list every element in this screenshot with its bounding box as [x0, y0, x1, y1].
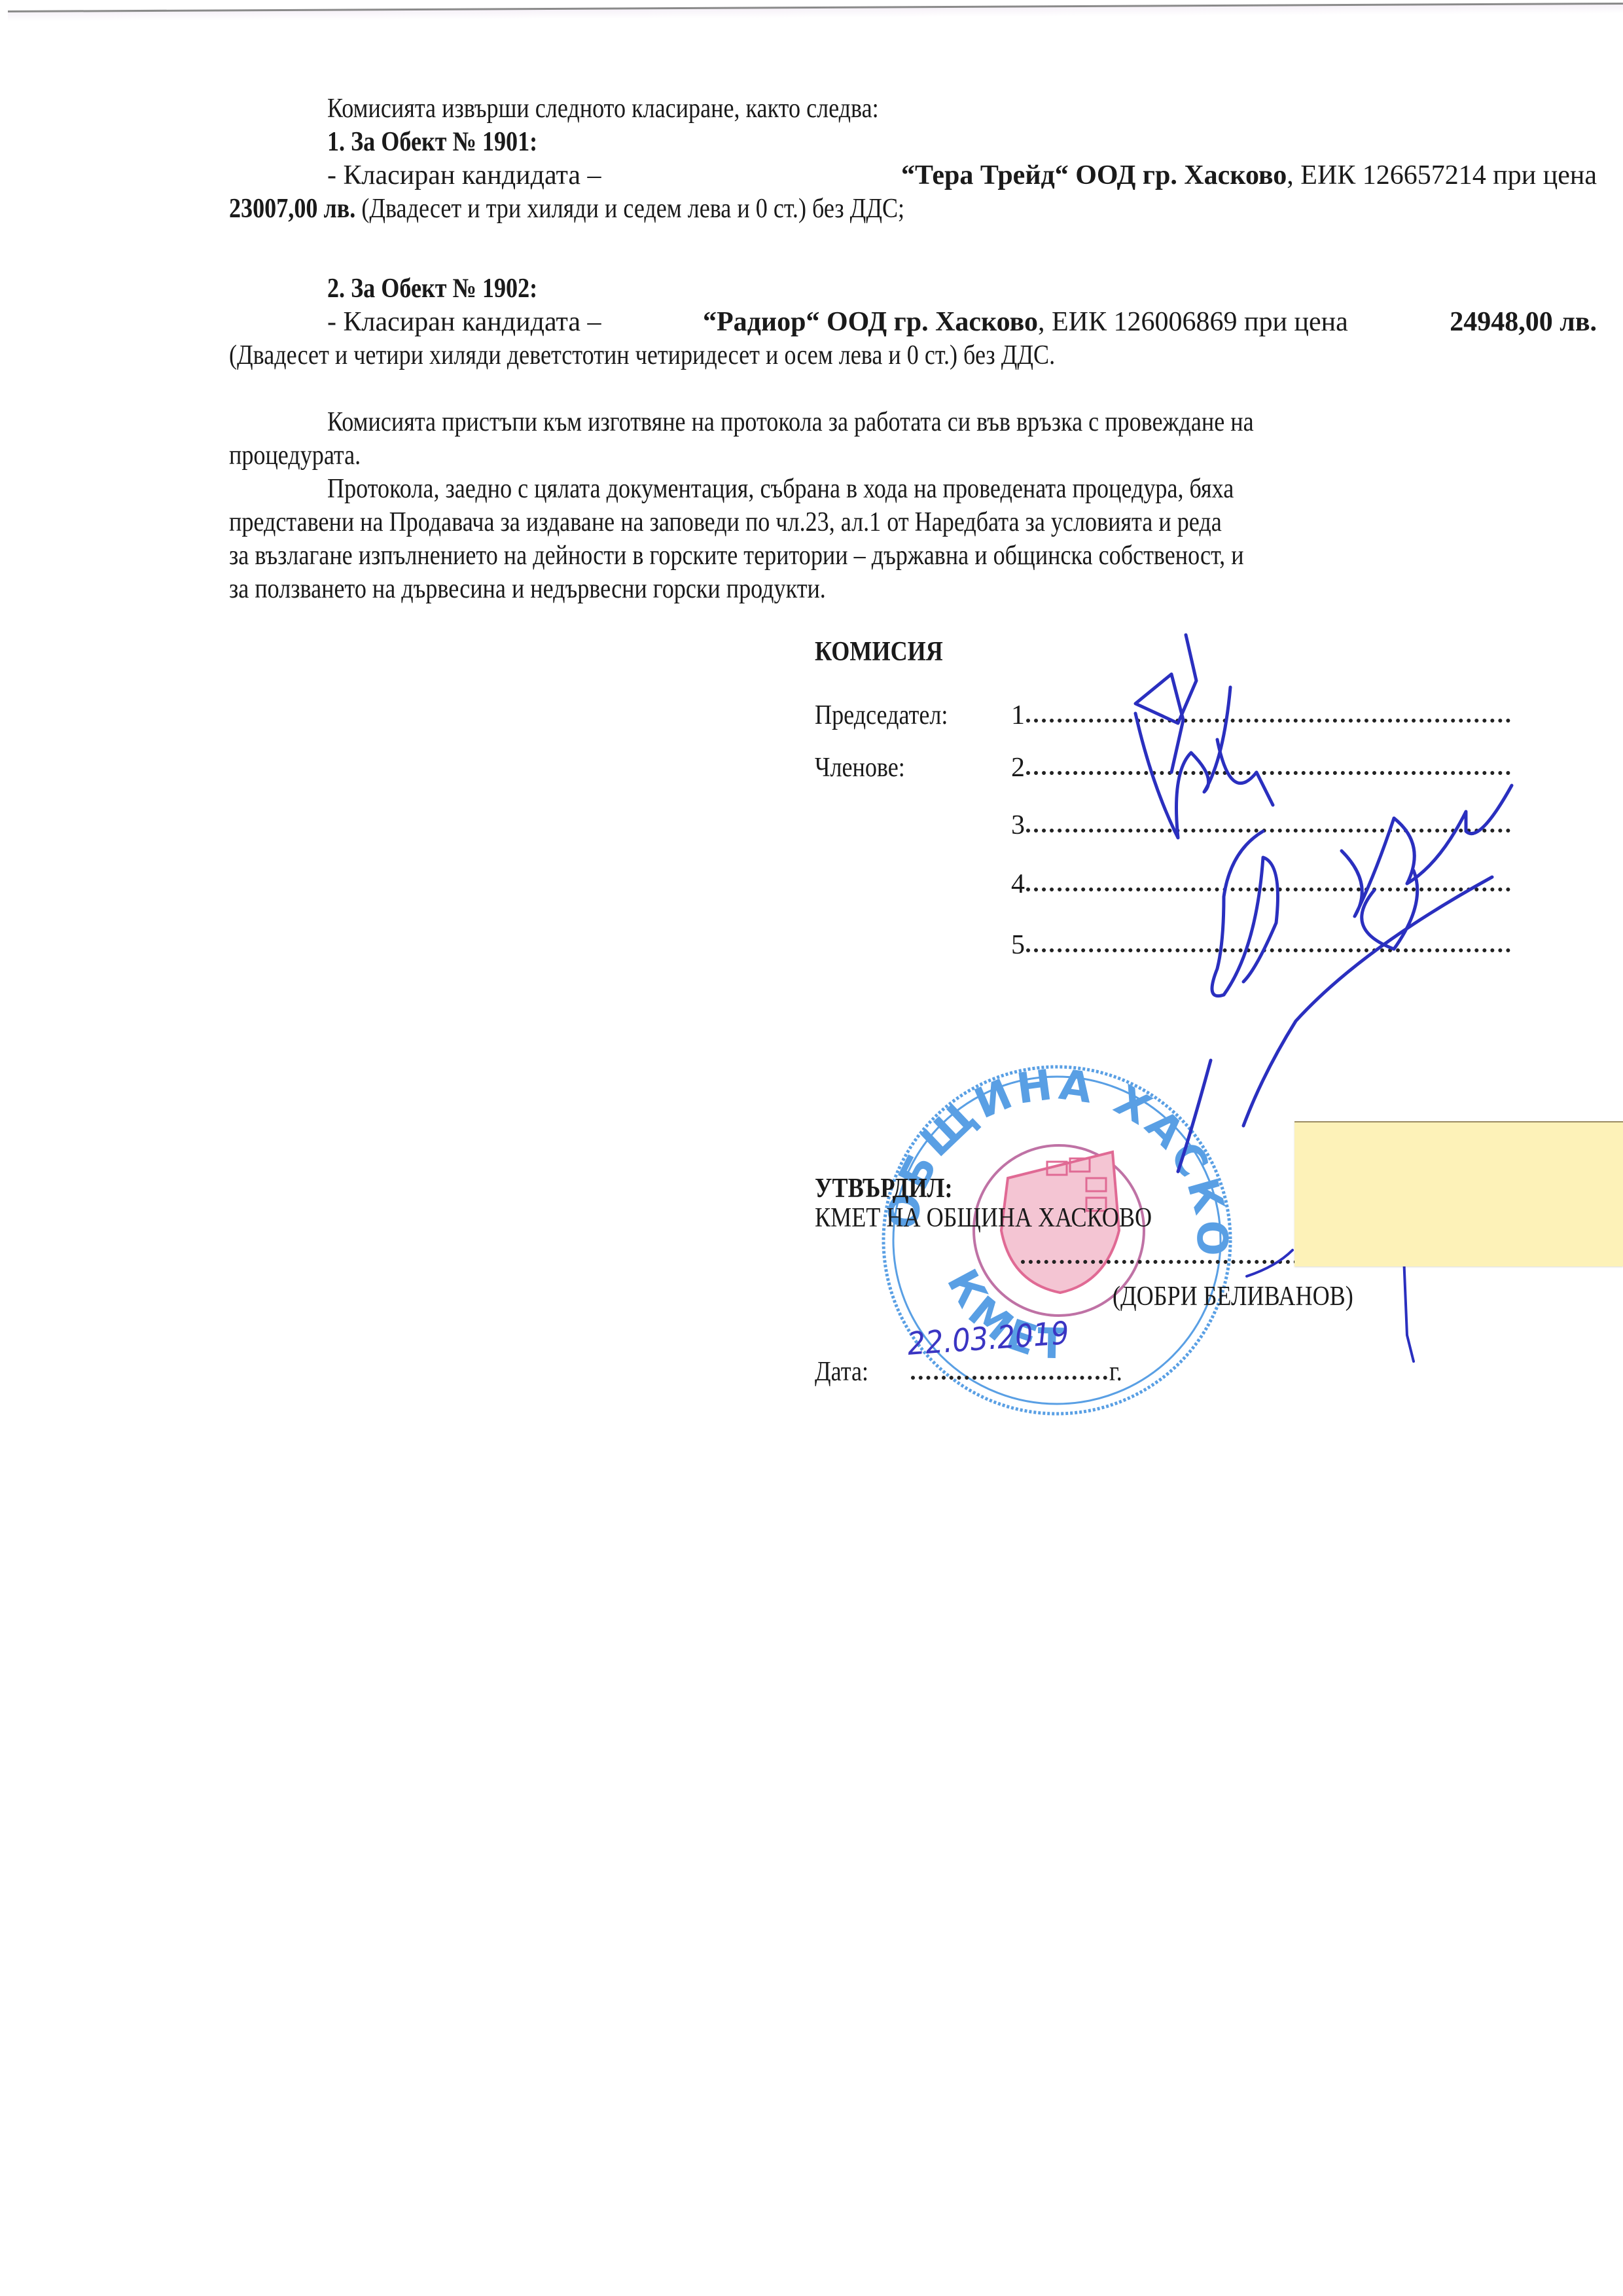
item-1-prefix: - Класиран кандидата –: [327, 162, 601, 189]
paragraph-2-line-3: за възлагане изпълнението на дейности в …: [229, 542, 1244, 569]
item-1-eik: , ЕИК 126657214 при цена: [1287, 160, 1597, 190]
item-1-heading: 1. За Обект № 1901:: [327, 128, 537, 156]
members-label: Членове:: [815, 754, 905, 781]
item-2-company: “Радиор“ ООД гр. Хасково: [703, 307, 1038, 337]
item-2-line: - Класиран кандидата – “Радиор“ ООД гр. …: [327, 308, 1597, 336]
item-2-prefix: - Класиран кандидата –: [327, 308, 601, 336]
paragraph-2-line-1: Протокола, заедно с цялата документация,…: [327, 475, 1234, 503]
mayor-name: (ДОБРИ БЕЛИВАНОВ): [1113, 1283, 1353, 1310]
date-suffix: г.: [1109, 1358, 1122, 1386]
chair-label: Председател:: [815, 702, 948, 729]
mayor-role: КМЕТ НА ОБЩИНА ХАСКОВО: [815, 1204, 1152, 1232]
date-line: [911, 1376, 1107, 1380]
signature-line-2: [1026, 771, 1510, 775]
item-2-eik: , ЕИК 126006869 при цена: [1038, 307, 1348, 337]
item-2-heading: 2. За Обект № 1902:: [327, 275, 537, 302]
signature-line-3: [1026, 829, 1510, 833]
signature-number-5: 5: [1011, 931, 1025, 959]
item-1-line: - Класиран кандидата – “Тера Трейд“ ООД …: [327, 162, 1597, 189]
signature-number-1: 1: [1011, 702, 1025, 729]
signature-line-1: [1026, 719, 1510, 723]
date-label: Дата:: [815, 1358, 868, 1386]
intro-text: Комисията извърши следното класиране, ка…: [327, 95, 879, 122]
approval-title: УТВЪРДИЛ:: [815, 1175, 952, 1202]
sticky-note: [1294, 1121, 1623, 1266]
handwritten-date: 22.03.2019: [906, 1318, 1070, 1360]
paragraph-2-line-2: представени на Продавача за издаване на …: [229, 509, 1222, 536]
item-1-company: “Тера Трейд“ ООД гр. Хасково: [901, 160, 1287, 190]
signature-number-2: 2: [1011, 754, 1025, 781]
paragraph-2-line-4: за ползването на дървесина и недървесни …: [229, 575, 826, 603]
item-1-price-words: (Двадесет и три хиляди и седем лева и 0 …: [361, 194, 904, 224]
item-1-price-line: 23007,00 лв. (Двадесет и три хиляди и се…: [229, 195, 904, 223]
paragraph-1-line-1: Комисията пристъпи към изготвяне на прот…: [327, 408, 1597, 436]
commission-title: КОМИСИЯ: [815, 638, 943, 666]
signature-line-4: [1026, 888, 1510, 891]
signature-line-5: [1026, 948, 1510, 952]
signature-number-3: 3: [1011, 812, 1025, 839]
item-2-price: 24948,00 лв.: [1450, 308, 1597, 336]
signature-number-4: 4: [1011, 870, 1025, 898]
paragraph-1-line-2: процедурата.: [229, 442, 361, 469]
item-2-price-words: (Двадесет и четири хиляди деветстотин че…: [229, 342, 1055, 369]
commission-signatures: [1135, 635, 1512, 1172]
item-1-price: 23007,00 лв.: [229, 194, 355, 224]
scan-edge: [8, 3, 1623, 22]
